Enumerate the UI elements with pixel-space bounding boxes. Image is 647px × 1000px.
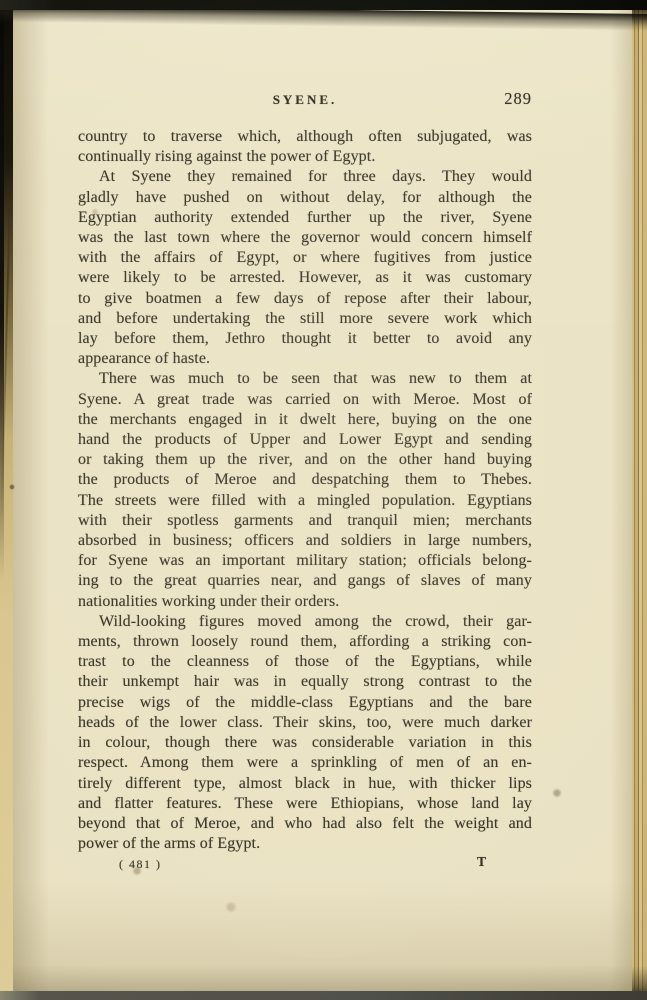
page-header: SYENE. 289 bbox=[78, 92, 532, 110]
scan-border-top bbox=[0, 0, 647, 10]
text-line: ing to the great quarries near, and gang… bbox=[78, 571, 532, 591]
text-line: Wild-looking figures moved among the cro… bbox=[78, 612, 532, 632]
text-line: lay before them, Jethro thought it bette… bbox=[78, 329, 532, 349]
text-line: with their spotless garments and tranqui… bbox=[78, 511, 532, 531]
text-line: Syene. A great trade was carried on with… bbox=[78, 390, 532, 410]
text-body: country to traverse which, although ofte… bbox=[78, 127, 532, 854]
text-line: with the affairs of Egypt, or where fugi… bbox=[78, 248, 532, 268]
bottom-edge-shadow bbox=[0, 965, 647, 991]
running-title: SYENE. bbox=[78, 92, 532, 108]
text-line: There was much to be seen that was new t… bbox=[78, 369, 532, 389]
text-line: Egyptian authority extended further up t… bbox=[78, 208, 532, 228]
text-line: power of the arms of Egypt. bbox=[78, 834, 532, 854]
text-line: the merchants engaged in it dwelt here, … bbox=[78, 410, 532, 430]
page-number: 289 bbox=[504, 89, 532, 109]
text-line: the products of Meroe and despatching th… bbox=[78, 470, 532, 490]
text-line: absorbed in business; officers and soldi… bbox=[78, 531, 532, 551]
text-line: or taking them up the river, and on the … bbox=[78, 450, 532, 470]
paragraph: At Syene they remained for three days. T… bbox=[78, 167, 532, 369]
book-gutter-edge bbox=[0, 0, 13, 1000]
text-line: ments, thrown loosely round them, afford… bbox=[78, 632, 532, 652]
text-line: respect. Among them were a sprinkling of… bbox=[78, 753, 532, 773]
text-line: At Syene they remained for three days. T… bbox=[78, 167, 532, 187]
text-line: tirely different type, almost black in h… bbox=[78, 774, 532, 794]
text-line: beyond that of Meroe, and who had also f… bbox=[78, 814, 532, 834]
paragraph: Wild-looking figures moved among the cro… bbox=[78, 612, 532, 854]
scan-border-bottom bbox=[0, 991, 647, 1000]
text-line: and flatter features. These were Ethiopi… bbox=[78, 794, 532, 814]
text-line: precise wigs of the middle-class Egyptia… bbox=[78, 693, 532, 713]
text-line: nationalities working under their orders… bbox=[78, 592, 532, 612]
printed-page: SYENE. 289 country to traverse which, al… bbox=[78, 92, 532, 874]
text-line: heads of the lower class. Their skins, t… bbox=[78, 713, 532, 733]
text-line: for Syene was an important military stat… bbox=[78, 551, 532, 571]
text-line: to give boatmen a few days of repose aft… bbox=[78, 289, 532, 309]
text-line: trast to the cleanness of those of the E… bbox=[78, 652, 532, 672]
gutter-shadow bbox=[13, 8, 49, 992]
signature-mark: ( 481 ) bbox=[119, 857, 162, 872]
book-page-scan: SYENE. 289 country to traverse which, al… bbox=[0, 0, 647, 1000]
text-line: appearance of haste. bbox=[78, 349, 532, 369]
page-stack-edge bbox=[632, 0, 647, 1000]
text-line: country to traverse which, although ofte… bbox=[78, 127, 532, 147]
paragraph: country to traverse which, although ofte… bbox=[78, 127, 532, 167]
gathering-letter: T bbox=[477, 854, 486, 870]
right-edge-shadow bbox=[610, 10, 632, 991]
page-footer: ( 481 ) T bbox=[78, 854, 532, 874]
text-line: was the last town where the governor wou… bbox=[78, 228, 532, 248]
text-line: their unkempt hair was in equally strong… bbox=[78, 672, 532, 692]
text-line: in colour, though there was considerable… bbox=[78, 733, 532, 753]
text-line: continually rising against the power of … bbox=[78, 147, 532, 167]
text-line: and before undertaking the still more se… bbox=[78, 309, 532, 329]
text-line: gladly have pushed on without delay, for… bbox=[78, 188, 532, 208]
text-line: hand the products of Upper and Lower Egy… bbox=[78, 430, 532, 450]
paragraph: There was much to be seen that was new t… bbox=[78, 369, 532, 611]
text-line: were likely to be arrested. However, as … bbox=[78, 268, 532, 288]
text-line: The streets were filled with a mingled p… bbox=[78, 491, 532, 511]
